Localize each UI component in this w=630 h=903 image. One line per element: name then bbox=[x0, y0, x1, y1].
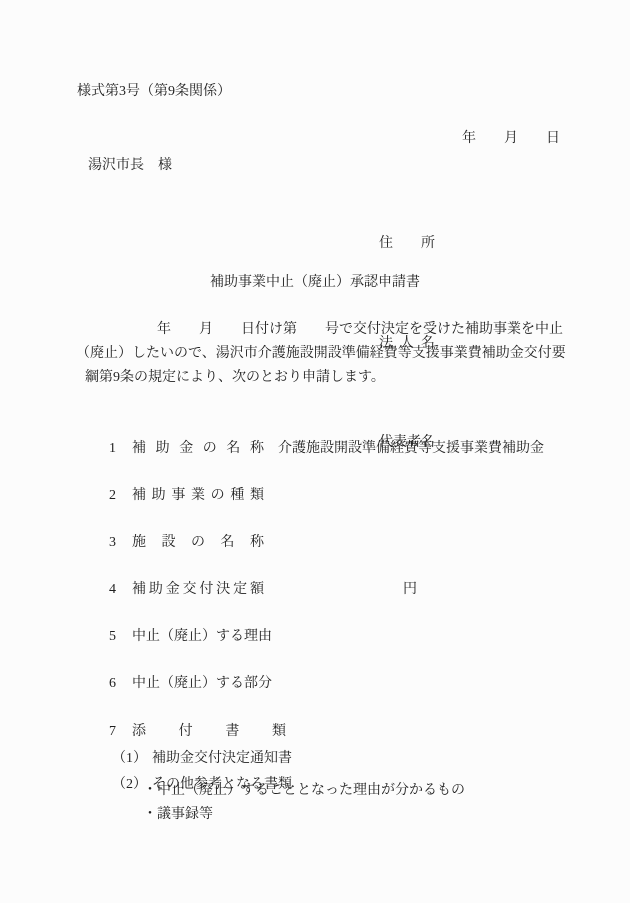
form-number: 様式第3号（第9条関係） bbox=[77, 83, 231, 101]
item-number: 3 bbox=[109, 534, 132, 552]
item-number: 4 bbox=[109, 581, 132, 599]
attachment-note-2: ・議事録等 bbox=[143, 806, 213, 824]
item-label: 補助金交付決定額 bbox=[132, 581, 264, 599]
item-label: 中止（廃止）する部分 bbox=[132, 676, 272, 691]
body-paragraph-line-3: 綱第9条の規定により、次のとおり申請します。 bbox=[85, 369, 385, 387]
item-number: 1 bbox=[109, 440, 132, 458]
date-line: 年 月 日 bbox=[0, 130, 560, 148]
document-page: 様式第3号（第9条関係） 年 月 日 湯沢市長 様 住所 法人名 代表者名 補助… bbox=[0, 0, 630, 903]
attachment-note-1: ・中止（廃止）することとなった理由が分かるもの bbox=[143, 782, 465, 800]
currency-unit: 円 bbox=[403, 582, 417, 597]
item-label: 補助金の名称 bbox=[132, 440, 264, 458]
address-label: 住所 bbox=[379, 235, 435, 253]
item-value: 介護施設開設準備経費等支援事業費補助金 bbox=[278, 441, 544, 456]
addressee: 湯沢市長 様 bbox=[88, 157, 172, 175]
body-paragraph-line-1: 年 月 日付け第 号で交付決定を受けた補助事業を中止 bbox=[157, 321, 563, 339]
attachment-marker: （2） bbox=[112, 776, 147, 794]
item-portion: 6中止（廃止）する部分 bbox=[95, 657, 272, 712]
item-label: 補助事業の種類 bbox=[132, 487, 264, 505]
item-number: 2 bbox=[109, 487, 132, 505]
item-number: 5 bbox=[109, 628, 132, 646]
item-label: 中止（廃止）する理由 bbox=[132, 629, 272, 644]
item-label: 施設の名称 bbox=[132, 534, 264, 552]
body-paragraph-line-2: （廃止）したいので、湯沢市介護施設開設準備経費等支援事業費補助金交付要 bbox=[76, 345, 566, 363]
document-title: 補助事業中止（廃止）承認申請書 bbox=[0, 274, 630, 292]
item-number: 6 bbox=[109, 675, 132, 693]
